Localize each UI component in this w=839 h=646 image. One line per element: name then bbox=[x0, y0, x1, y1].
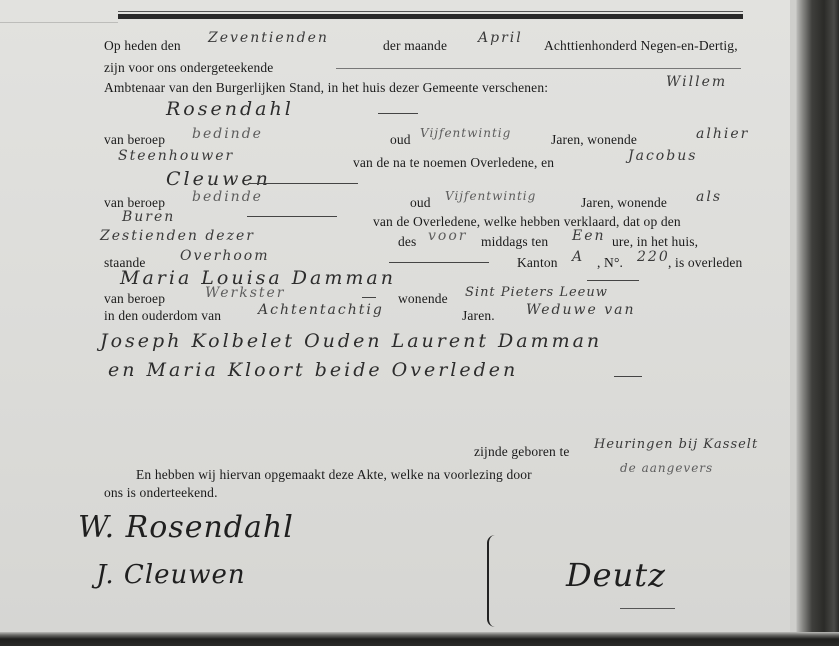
handwritten-widow-note: Weduwe van bbox=[526, 302, 636, 318]
printed-text: in den ouderdom van bbox=[104, 308, 221, 324]
signature-declarant2: J. Cleuwen bbox=[96, 560, 246, 590]
handwritten-house-number: 220 bbox=[637, 249, 670, 265]
blank-rule bbox=[378, 113, 418, 114]
handwritten-declarant2-residence-b: Buren bbox=[122, 209, 175, 225]
handwritten-birthplace: Heuringen bij Kasselt bbox=[594, 437, 758, 452]
header-rule-thin bbox=[118, 11, 743, 12]
handwritten-declarant1-last: Rosendahl bbox=[166, 98, 294, 120]
handwritten-hour: Een bbox=[572, 228, 606, 244]
printed-text: van beroep bbox=[104, 291, 165, 307]
handwritten-declarant2-residence: als bbox=[696, 189, 722, 205]
printed-text: Op heden den bbox=[104, 38, 181, 54]
handwritten-kanton: A bbox=[572, 249, 584, 265]
printed-text: ons is onderteekend. bbox=[104, 485, 218, 501]
handwritten-day-part: voor bbox=[428, 228, 467, 244]
handwritten-declarant2-first: Jacobus bbox=[628, 148, 697, 164]
printed-text: , N°. bbox=[597, 255, 623, 271]
printed-text: Achttienhonderd Negen-en-Dertig, bbox=[544, 38, 738, 54]
printed-text: middags ten bbox=[481, 234, 548, 250]
signature-declarant1: W. Rosendahl bbox=[78, 510, 294, 545]
handwritten-parents-line2: en Maria Kloort beide Overleden bbox=[108, 359, 518, 381]
blank-rule bbox=[362, 297, 376, 298]
handwritten-declarant1-occupation: bedinde bbox=[192, 126, 263, 142]
document-page: Op heden den Zeventienden der maande Apr… bbox=[0, 0, 790, 632]
handwritten-read-by: de aangevers bbox=[620, 461, 713, 475]
printed-text: zijnde geboren te bbox=[474, 444, 570, 460]
signature-underline bbox=[620, 608, 675, 609]
blank-rule bbox=[336, 68, 741, 69]
handwritten-declarant1-residence-b: Steenhouwer bbox=[118, 148, 234, 164]
blank-rule bbox=[587, 280, 639, 281]
printed-text: wonende bbox=[398, 291, 448, 307]
printed-text: oud bbox=[410, 195, 431, 211]
signature-brace bbox=[487, 535, 499, 627]
blank-rule bbox=[247, 216, 337, 217]
blank-rule bbox=[248, 183, 358, 184]
printed-text: ure, in het huis, bbox=[612, 234, 698, 250]
printed-text: van beroep bbox=[104, 132, 165, 148]
handwritten-day: Zeventienden bbox=[208, 30, 329, 46]
blank-rule bbox=[614, 376, 642, 377]
signature-official: Deutz bbox=[566, 556, 666, 594]
margin-rule bbox=[0, 22, 118, 23]
printed-text: Kanton bbox=[517, 255, 558, 271]
printed-text: Ambtenaar van den Burgerlijken Stand, in… bbox=[104, 80, 548, 96]
book-spine-edge bbox=[790, 0, 839, 646]
printed-text: der maande bbox=[383, 38, 447, 54]
handwritten-deceased-age: Achtentachtig bbox=[258, 302, 384, 318]
handwritten-parents-line1: Joseph Kolbelet Ouden Laurent Damman bbox=[100, 330, 602, 352]
page-bottom-edge bbox=[0, 632, 839, 646]
handwritten-declarant1-age: Vijfentwintig bbox=[420, 126, 511, 140]
printed-text: Jaren. bbox=[462, 308, 495, 324]
handwritten-declarant2-occupation: bedinde bbox=[192, 189, 263, 205]
handwritten-month: April bbox=[478, 30, 523, 46]
printed-text: van de Overledene, welke hebben verklaar… bbox=[373, 214, 681, 230]
printed-text: , is overleden bbox=[668, 255, 742, 271]
printed-text: Jaren, wonende bbox=[581, 195, 667, 211]
blank-rule bbox=[389, 262, 489, 263]
printed-text: oud bbox=[390, 132, 411, 148]
printed-text: En hebben wij hiervan opgemaakt deze Akt… bbox=[136, 467, 532, 483]
handwritten-death-day: Zestienden dezer bbox=[100, 228, 255, 244]
printed-text: zijn voor ons ondergeteekende bbox=[104, 60, 273, 76]
handwritten-declarant2-last: Cleuwen bbox=[166, 168, 271, 190]
handwritten-deceased-residence: Sint Pieters Leeuw bbox=[465, 285, 608, 300]
handwritten-declarant2-age: Vijfentwintig bbox=[445, 189, 536, 203]
handwritten-declarant1-residence: alhier bbox=[696, 126, 749, 142]
handwritten-deceased-occupation: Werkster bbox=[205, 285, 286, 301]
printed-text: des bbox=[398, 234, 416, 250]
handwritten-declarant1-first: Willem bbox=[666, 74, 727, 90]
handwritten-house-location: Overhoom bbox=[180, 248, 270, 264]
printed-text: Jaren, wonende bbox=[551, 132, 637, 148]
printed-text: van de na te noemen Overledene, en bbox=[353, 155, 554, 171]
header-rule bbox=[118, 14, 743, 19]
